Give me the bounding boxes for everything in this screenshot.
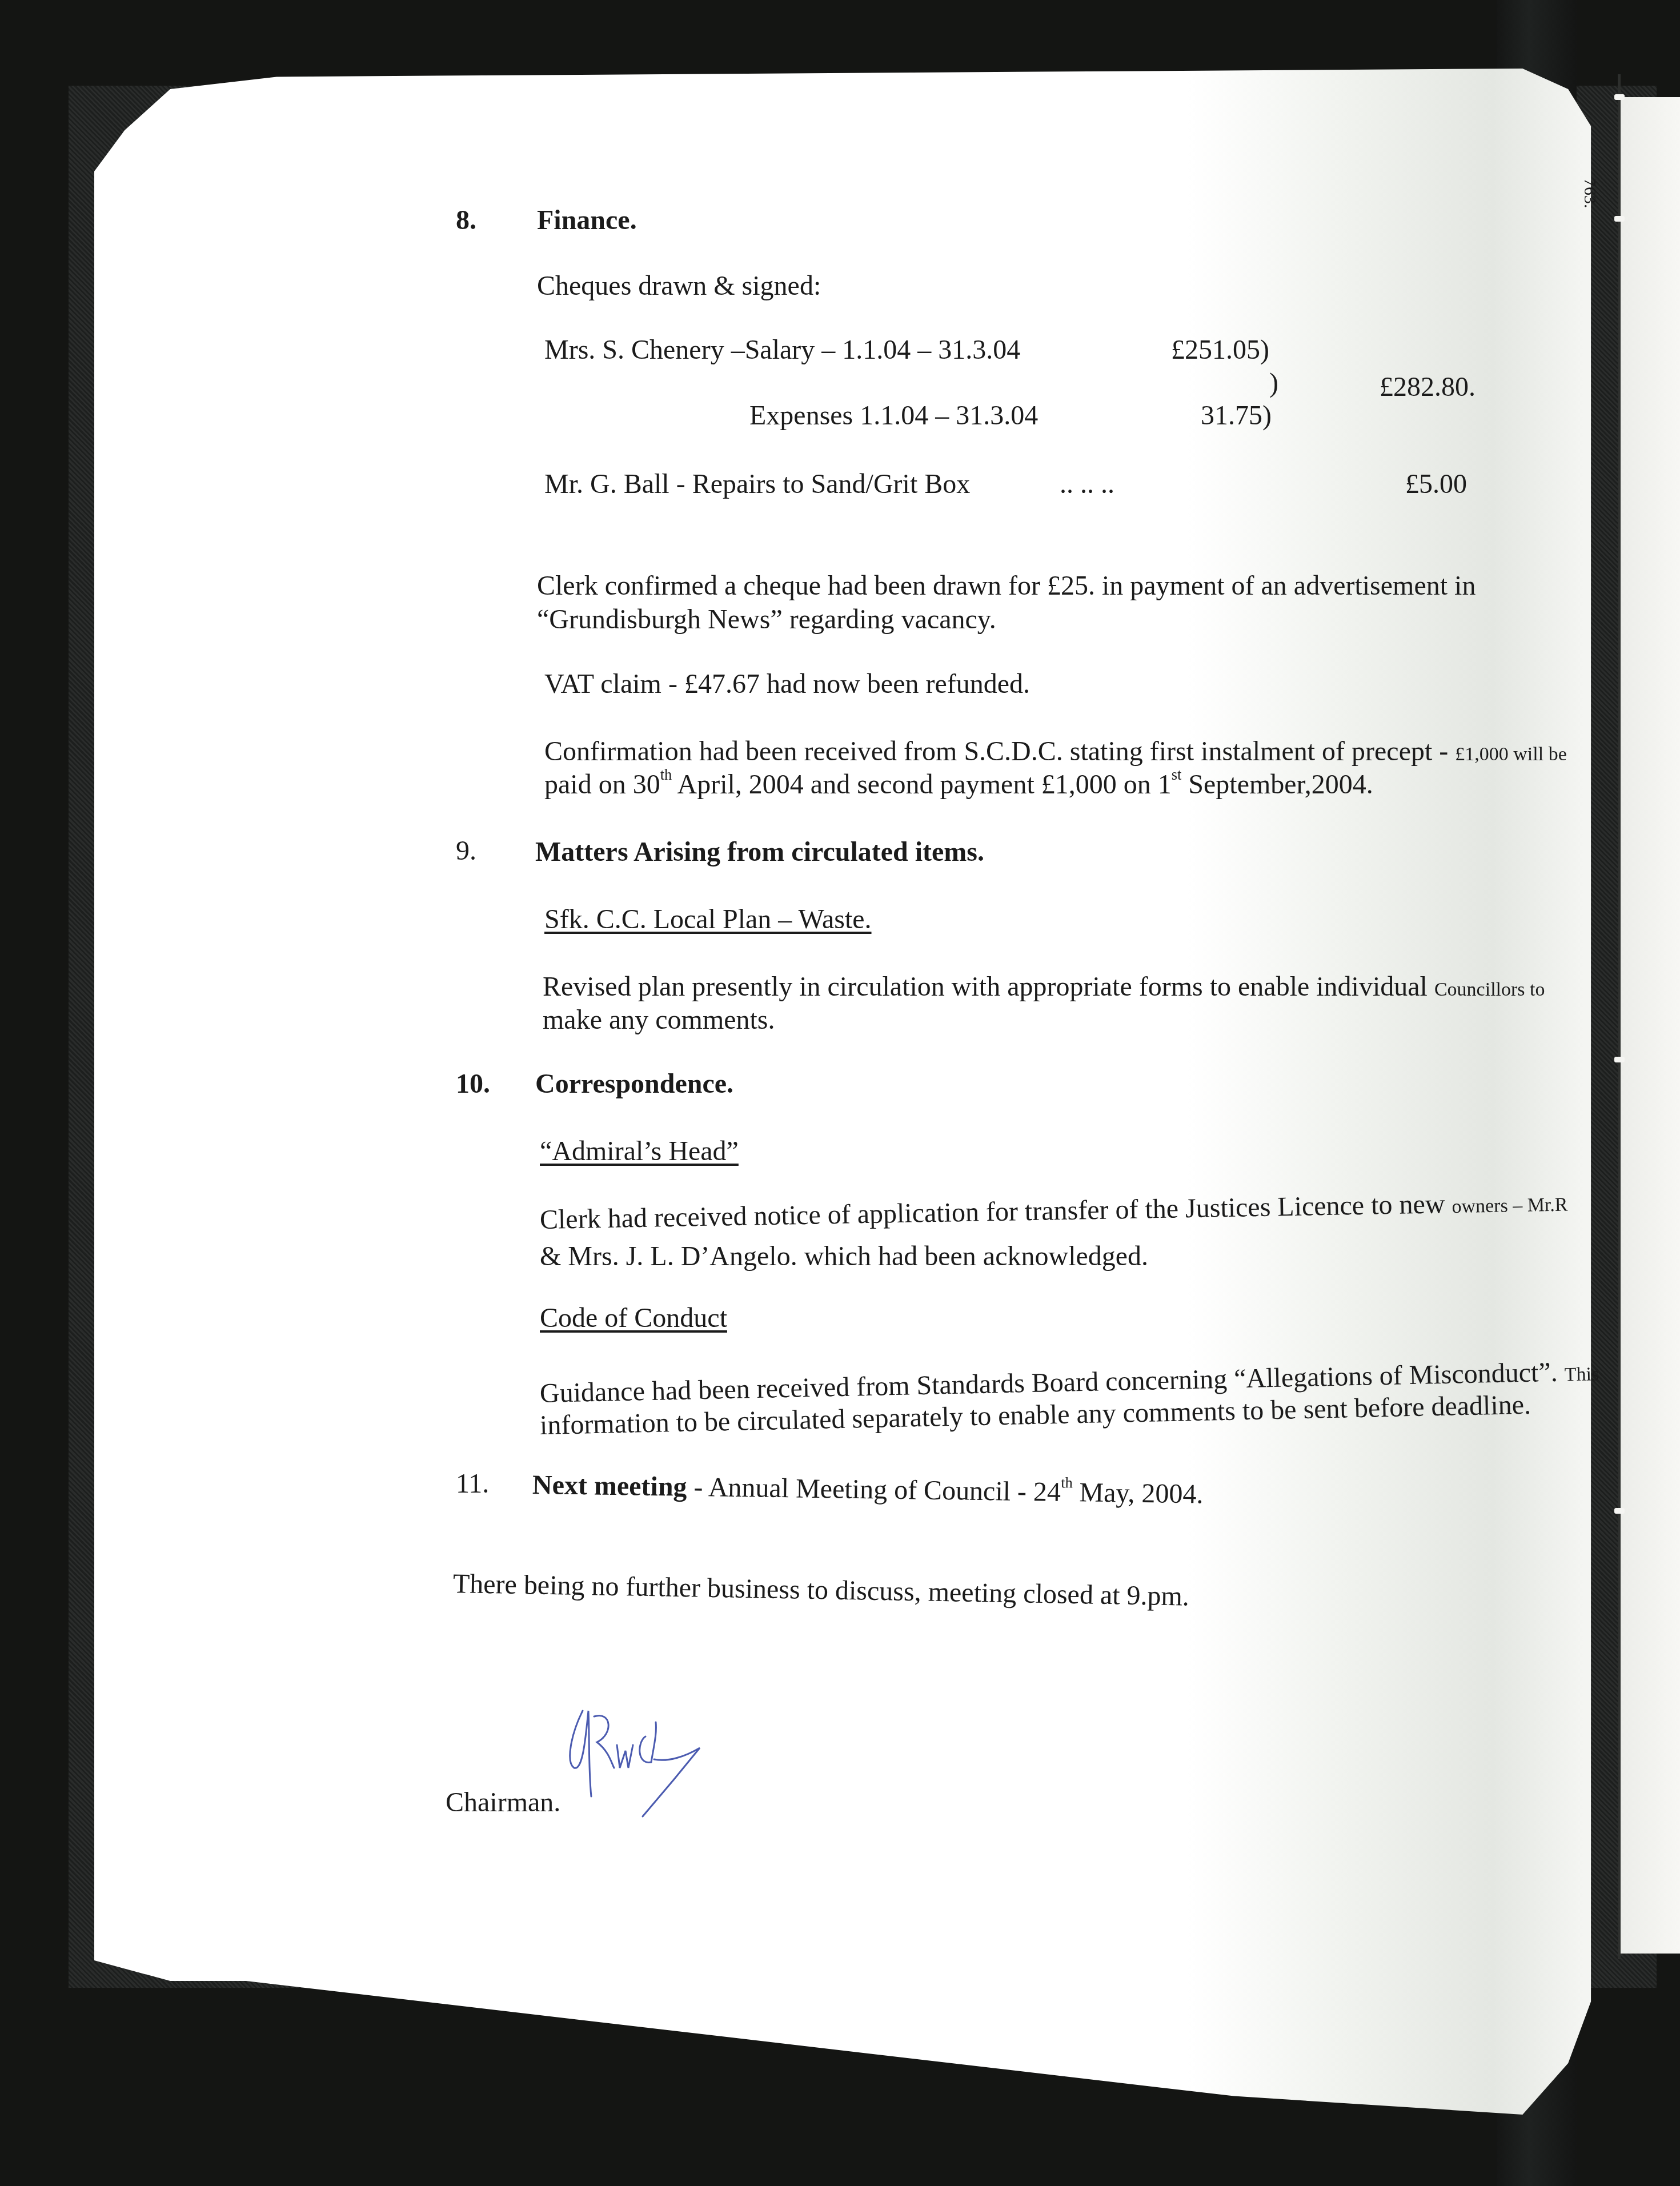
closing-statement: There being no further business to discu… (453, 1568, 1190, 1613)
section-8-number: 8. (456, 204, 476, 236)
minutes-content: 763. 8. Finance. Cheques drawn & signed:… (0, 0, 1680, 2186)
section-8-title: Finance. (537, 204, 637, 236)
payment-payee: Mr. G. Ball - Repairs to Sand/Grit Box (544, 468, 970, 500)
payment-bracket: ) (1269, 367, 1278, 399)
payment-payee: Mrs. S. Chenery –Salary – 1.1.04 – 31.3.… (544, 334, 1020, 366)
payment-total: £282.80. (1380, 371, 1475, 403)
clerk-cheque-line: “Grundisburgh News” regarding vacancy. (537, 604, 996, 635)
next-meeting-line: Next meeting - Annual Meeting of Council… (532, 1469, 1204, 1510)
cheques-heading: Cheques drawn & signed: (537, 270, 821, 302)
section-11-number: 11. (456, 1468, 489, 1499)
chairman-signature (560, 1699, 777, 1836)
vat-claim: VAT claim - £47.67 had now been refunded… (544, 668, 1030, 700)
code-of-conduct-subheading: Code of Conduct (540, 1302, 727, 1334)
section-9-title: Matters Arising from circulated items. (535, 836, 984, 868)
section-10-title: Correspondence. (535, 1068, 733, 1100)
admirals-head-subheading: “Admiral’s Head” (540, 1136, 739, 1167)
licence-transfer-text: Clerk had received notice of application… (540, 1186, 1568, 1236)
licence-transfer-text: & Mrs. J. L. D’Angelo. which had been ac… (540, 1241, 1148, 1272)
payment-total: £5.00 (1405, 468, 1467, 500)
section-9-body: Revised plan presently in circulation wi… (543, 971, 1545, 1002)
payment-amount: £251.05) (1171, 334, 1269, 366)
section-9-body: make any comments. (543, 1004, 775, 1036)
section-10-number: 10. (456, 1068, 490, 1100)
precept-line: Confirmation had been received from S.C.… (544, 736, 1567, 767)
clerk-cheque-line: Clerk confirmed a cheque had been drawn … (537, 570, 1475, 601)
payment-amount: 31.75) (1201, 400, 1272, 431)
section-9-subheading: Sfk. C.C. Local Plan – Waste. (544, 904, 872, 935)
leader-dots: .. .. .. (1060, 468, 1114, 500)
payment-payee: Expenses 1.1.04 – 31.3.04 (749, 400, 1038, 431)
signature-label: Chairman. (446, 1787, 560, 1818)
precept-line: paid on 30th April, 2004 and second paym… (544, 769, 1373, 800)
page-number: 763. (1580, 178, 1600, 208)
section-9-number: 9. (456, 835, 476, 867)
